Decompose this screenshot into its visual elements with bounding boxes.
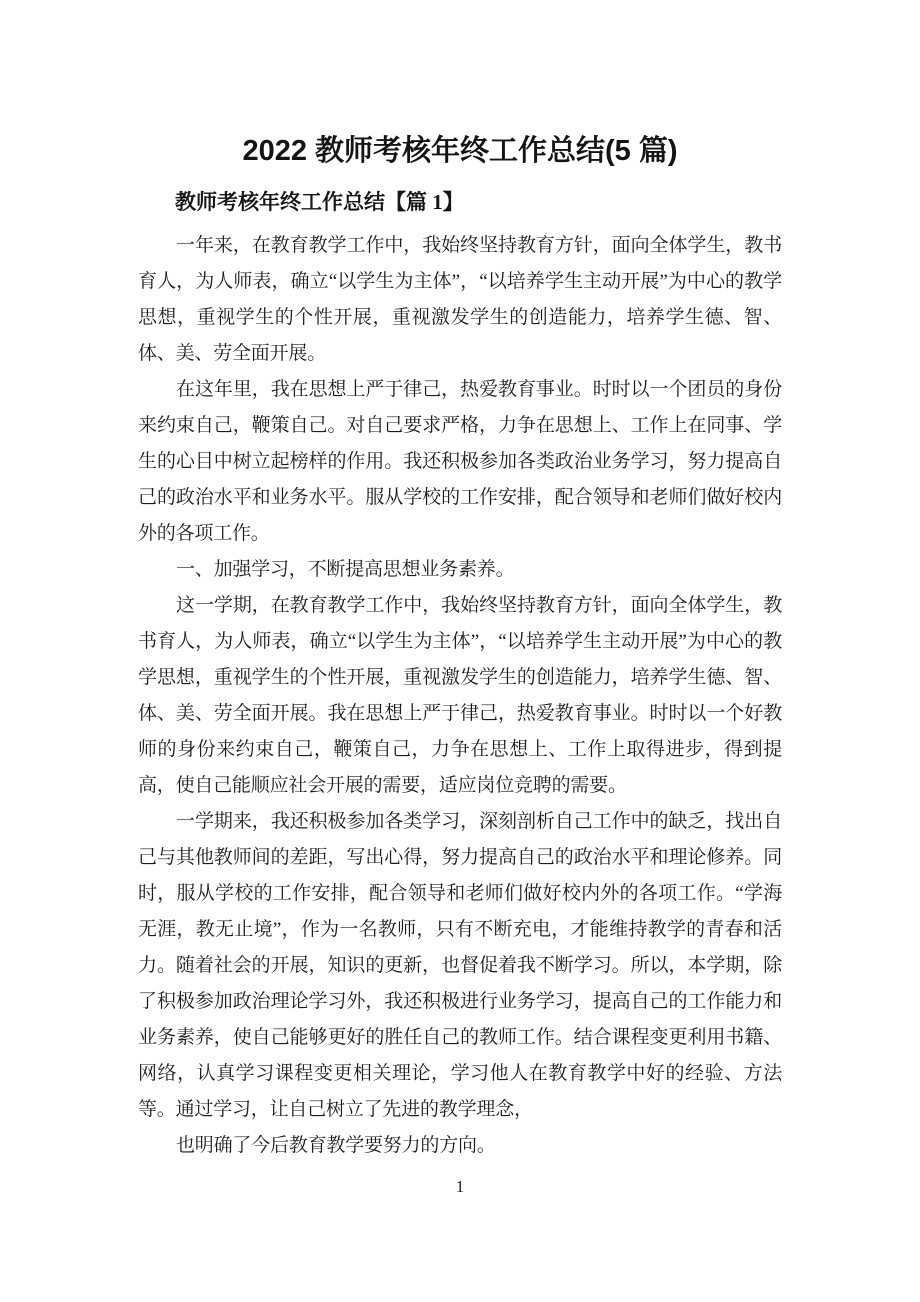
- body-paragraph-2: 在这年里，我在思想上严于律己，热爱教育事业。时时以一个团员的身份来约束自己，鞭策…: [138, 372, 782, 552]
- paragraph-block: 一年来，在教育教学工作中，我始终坚持教育方针，面向全体学生，教书育人，为人师表，…: [138, 228, 782, 1164]
- section-heading: 教师考核年终工作总结【篇 1】: [138, 187, 782, 217]
- page-number: 1: [0, 1176, 920, 1198]
- body-paragraph-6: 也明确了今后教育教学要努力的方向。: [138, 1128, 782, 1164]
- document-title: 2022 教师考核年终工作总结(5 篇): [138, 132, 782, 170]
- body-paragraph-5: 一学期来，我还积极参加各类学习，深刻剖析自己工作中的缺乏，找出自己与其他教师间的…: [138, 804, 782, 1128]
- document-page: 2022 教师考核年终工作总结(5 篇) 教师考核年终工作总结【篇 1】 一年来…: [0, 0, 920, 1302]
- body-paragraph-1: 一年来，在教育教学工作中，我始终坚持教育方针，面向全体学生，教书育人，为人师表，…: [138, 228, 782, 372]
- body-paragraph-4: 这一学期，在教育教学工作中，我始终坚持教育方针，面向全体学生，教书育人，为人师表…: [138, 588, 782, 804]
- document-content: 2022 教师考核年终工作总结(5 篇) 教师考核年终工作总结【篇 1】 一年来…: [138, 0, 782, 1164]
- body-paragraph-3: 一、加强学习，不断提高思想业务素养。: [138, 552, 782, 588]
